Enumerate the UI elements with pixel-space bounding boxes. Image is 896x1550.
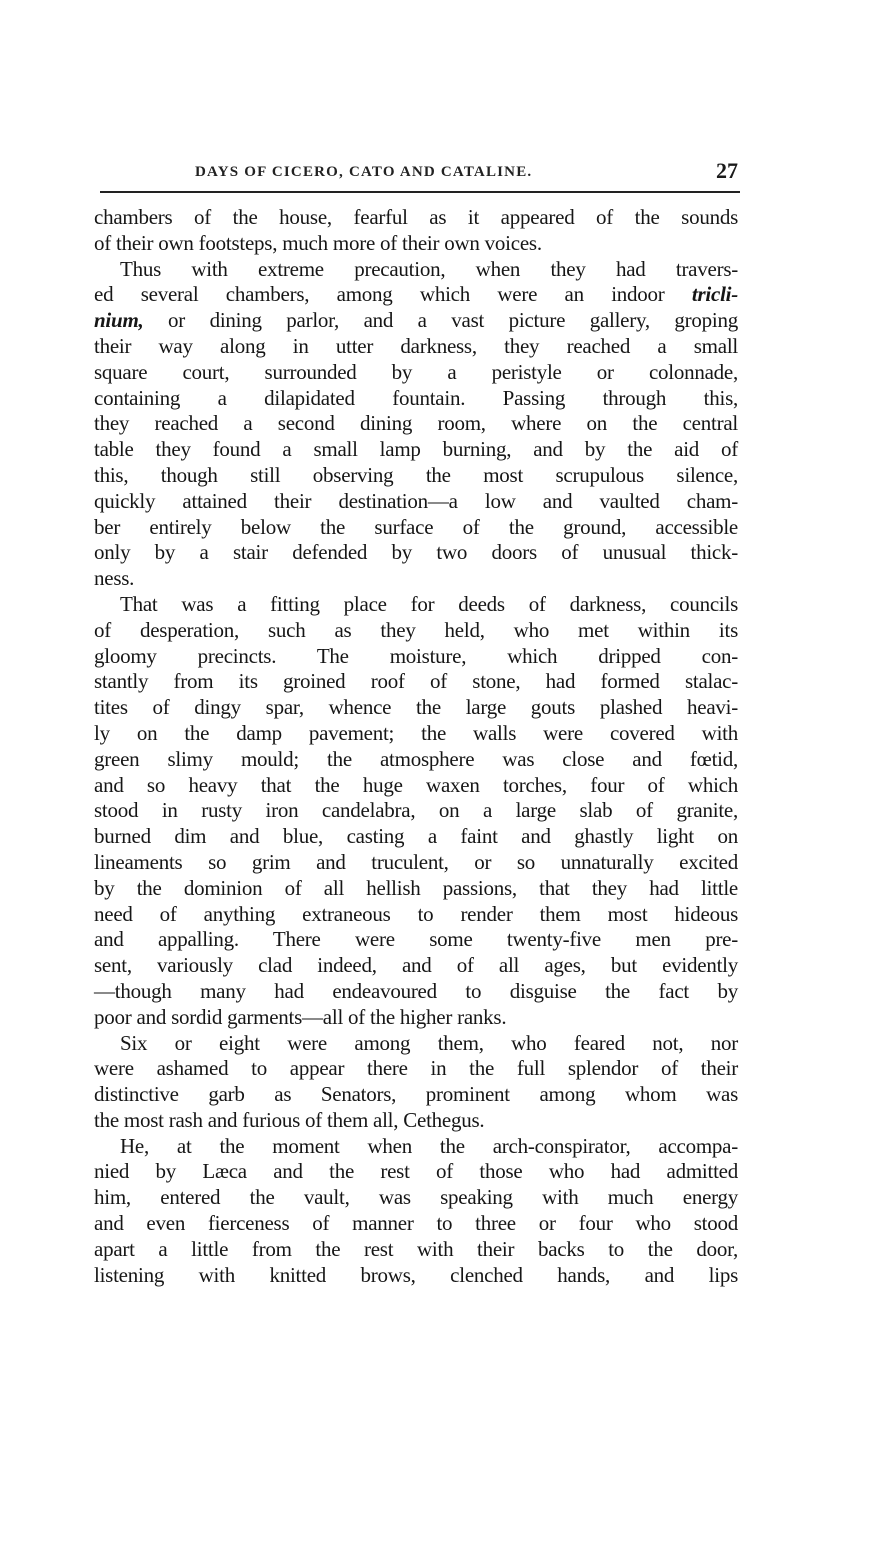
text-line: chambers of the house, fearful as it app… <box>94 205 738 231</box>
text-line: this, though still observing the most sc… <box>94 463 738 489</box>
text-line: tites of dingy spar, whence the large go… <box>94 695 738 721</box>
text-line: him, entered the vault, was speaking wit… <box>94 1185 738 1211</box>
text-line: table they found a small lamp burning, a… <box>94 437 738 463</box>
text-line: their way along in utter darkness, they … <box>94 334 738 360</box>
text-line: burned dim and blue, casting a faint and… <box>94 824 738 850</box>
text-line: only by a stair defended by two doors of… <box>94 540 738 566</box>
page-number: 27 <box>716 158 738 184</box>
text-line: He, at the moment when the arch-conspira… <box>94 1134 738 1160</box>
text-line: ly on the damp pavement; the walls were … <box>94 721 738 747</box>
text-line: listening with knitted brows, clenched h… <box>94 1263 738 1289</box>
text-line: of their own footsteps, much more of the… <box>94 231 738 257</box>
text-line: nium, or dining parlor, and a vast pictu… <box>94 308 738 334</box>
text-line: That was a fitting place for deeds of da… <box>94 592 738 618</box>
text-line: green slimy mould; the atmosphere was cl… <box>94 747 738 773</box>
text-line: gloomy precincts. The moisture, which dr… <box>94 644 738 670</box>
text-line: —though many had endeavoured to disguise… <box>94 979 738 1005</box>
text-line: square court, surrounded by a peristyle … <box>94 360 738 386</box>
book-page: DAYS OF CICERO, CATO AND CATALINE. 27 ch… <box>0 0 896 1550</box>
text-line: of desperation, such as they held, who m… <box>94 618 738 644</box>
text-line: the most rash and furious of them all, C… <box>94 1108 738 1134</box>
text-line: quickly attained their destination—a low… <box>94 489 738 515</box>
text-line: ness. <box>94 566 738 592</box>
text-line: containing a dilapidated fountain. Passi… <box>94 386 738 412</box>
text-line: need of anything extraneous to render th… <box>94 902 738 928</box>
text-line: were ashamed to appear there in the full… <box>94 1056 738 1082</box>
text-line: they reached a second dining room, where… <box>94 411 738 437</box>
text-line: stantly from its groined roof of stone, … <box>94 669 738 695</box>
text-line: nied by Læca and the rest of those who h… <box>94 1159 738 1185</box>
text-line: distinctive garb as Senators, prominent … <box>94 1082 738 1108</box>
running-head: DAYS OF CICERO, CATO AND CATALINE. 27 <box>100 158 740 188</box>
text-line: and appalling. There were some twenty-fi… <box>94 927 738 953</box>
header-rule <box>100 191 740 193</box>
text-line: by the dominion of all hellish passions,… <box>94 876 738 902</box>
text-line: Thus with extreme precaution, when they … <box>94 257 738 283</box>
running-title: DAYS OF CICERO, CATO AND CATALINE. <box>195 164 532 181</box>
text-line: stood in rusty iron candelabra, on a lar… <box>94 798 738 824</box>
text-line: sent, variously clad indeed, and of all … <box>94 953 738 979</box>
text-line: and even fierceness of manner to three o… <box>94 1211 738 1237</box>
text-line: lineaments so grim and truculent, or so … <box>94 850 738 876</box>
text-line: apart a little from the rest with their … <box>94 1237 738 1263</box>
body-text: chambers of the house, fearful as it app… <box>94 205 738 1288</box>
text-line: and so heavy that the huge waxen torches… <box>94 773 738 799</box>
text-line: ber entirely below the surface of the gr… <box>94 515 738 541</box>
text-line: Six or eight were among them, who feared… <box>94 1031 738 1057</box>
text-line: ed several chambers, among which were an… <box>94 282 738 308</box>
text-line: poor and sordid garments—all of the high… <box>94 1005 738 1031</box>
